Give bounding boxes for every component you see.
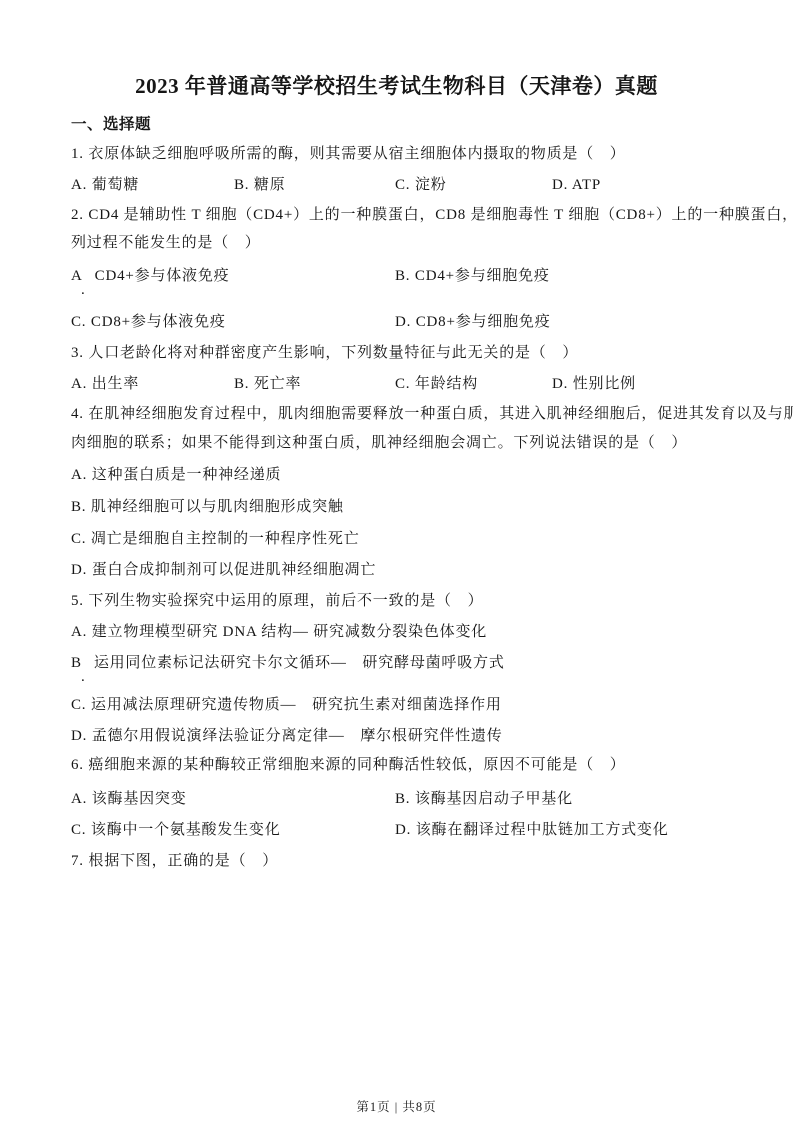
q5-option-d: D. 孟德尔用假说演绎法验证分离定律— 摩尔根研究伴性遗传 (71, 726, 753, 746)
q6-option-a: A. 该酶基因突变 (71, 789, 187, 809)
question-5-stem: 5. 下列生物实验探究中运用的原理，前后不一致的是（ ） (71, 591, 753, 611)
q1-option-a: A. 葡萄糖 (71, 175, 139, 195)
question-4-stem-line1: 4. 在肌神经细胞发育过程中，肌肉细胞需要释放一种蛋白质，其进入肌神经细胞后，促… (71, 404, 753, 424)
question-6-stem: 6. 癌细胞来源的某种酶较正常细胞来源的同种酶活性较低，原因不可能是（ ） (71, 755, 753, 775)
q5-option-b-inner: B运用同位素标记法研究卡尔文循环— 研究酵母菌呼吸方式 (71, 653, 505, 673)
q2-option-a-dropped-period: . (81, 280, 86, 300)
q5-option-c: C. 运用减法原理研究遗传物质— 研究抗生素对细菌选择作用 (71, 695, 753, 715)
q2-option-d: D. CD8+参与细胞免疫 (395, 312, 551, 332)
q4-option-d: D. 蛋白合成抑制剂可以促进肌神经细胞凋亡 (71, 560, 753, 580)
q2-option-b: B. CD4+参与细胞免疫 (395, 266, 550, 286)
q3-option-c: C. 年龄结构 (395, 374, 478, 394)
question-7-stem: 7. 根据下图，正确的是（ ） (71, 851, 753, 871)
q1-option-c: C. 淀粉 (395, 175, 447, 195)
q2-option-c: C. CD8+参与体液免疫 (71, 312, 226, 332)
q1-option-b: B. 糖原 (234, 175, 286, 195)
q4-option-a: A. 这种蛋白质是一种神经递质 (71, 465, 753, 485)
q6-option-c: C. 该酶中一个氨基酸发生变化 (71, 820, 281, 840)
q3-option-d: D. 性别比例 (552, 374, 636, 394)
q6-option-d: D. 该酶在翻译过程中肽链加工方式变化 (395, 820, 669, 840)
q2-option-a: ACD4+参与体液免疫 (71, 266, 229, 286)
q5-option-a: A. 建立物理模型研究 DNA 结构— 研究减数分裂染色体变化 (71, 622, 753, 642)
q5-option-b-dropped-period: . (81, 667, 86, 687)
section-heading: 一、选择题 (71, 112, 151, 134)
q1-option-d: D. ATP (552, 175, 601, 195)
question-3-stem: 3. 人口老龄化将对种群密度产生影响，下列数量特征与此无关的是（ ） (71, 343, 753, 363)
page-number-footer: 第1页 | 共8页 (0, 1097, 793, 1115)
q5-option-b-text: 运用同位素标记法研究卡尔文循环— 研究酵母菌呼吸方式 (94, 655, 505, 671)
q2-option-a-text: CD4+参与体液免疫 (95, 268, 230, 284)
question-4-stem-line2: 肉细胞的联系；如果不能得到这种蛋白质，肌神经细胞会凋亡。下列说法错误的是（ ） (71, 433, 753, 453)
question-2-stem-line1: 2. CD4 是辅助性 T 细胞（CD4+）上的一种膜蛋白，CD8 是细胞毒性 … (71, 205, 753, 225)
q3-option-a: A. 出生率 (71, 374, 139, 394)
q3-option-b: B. 死亡率 (234, 374, 301, 394)
exam-page: 2023 年普通高等学校招生考试生物科目（天津卷）真题 一、选择题 1. 衣原体… (0, 0, 793, 1122)
q5-option-b: B运用同位素标记法研究卡尔文循环— 研究酵母菌呼吸方式 . (71, 653, 753, 733)
question-1-stem: 1. 衣原体缺乏细胞呼吸所需的酶，则其需要从宿主细胞体内摄取的物质是（ ） (71, 144, 753, 164)
q6-option-b: B. 该酶基因启动子甲基化 (395, 789, 573, 809)
question-2-stem-line2: 列过程不能发生的是（ ） (71, 233, 753, 253)
page-title: 2023 年普通高等学校招生考试生物科目（天津卷）真题 (0, 70, 793, 100)
q4-option-b: B. 肌神经细胞可以与肌肉细胞形成突触 (71, 497, 753, 517)
q4-option-c: C. 凋亡是细胞自主控制的一种程序性死亡 (71, 529, 753, 549)
